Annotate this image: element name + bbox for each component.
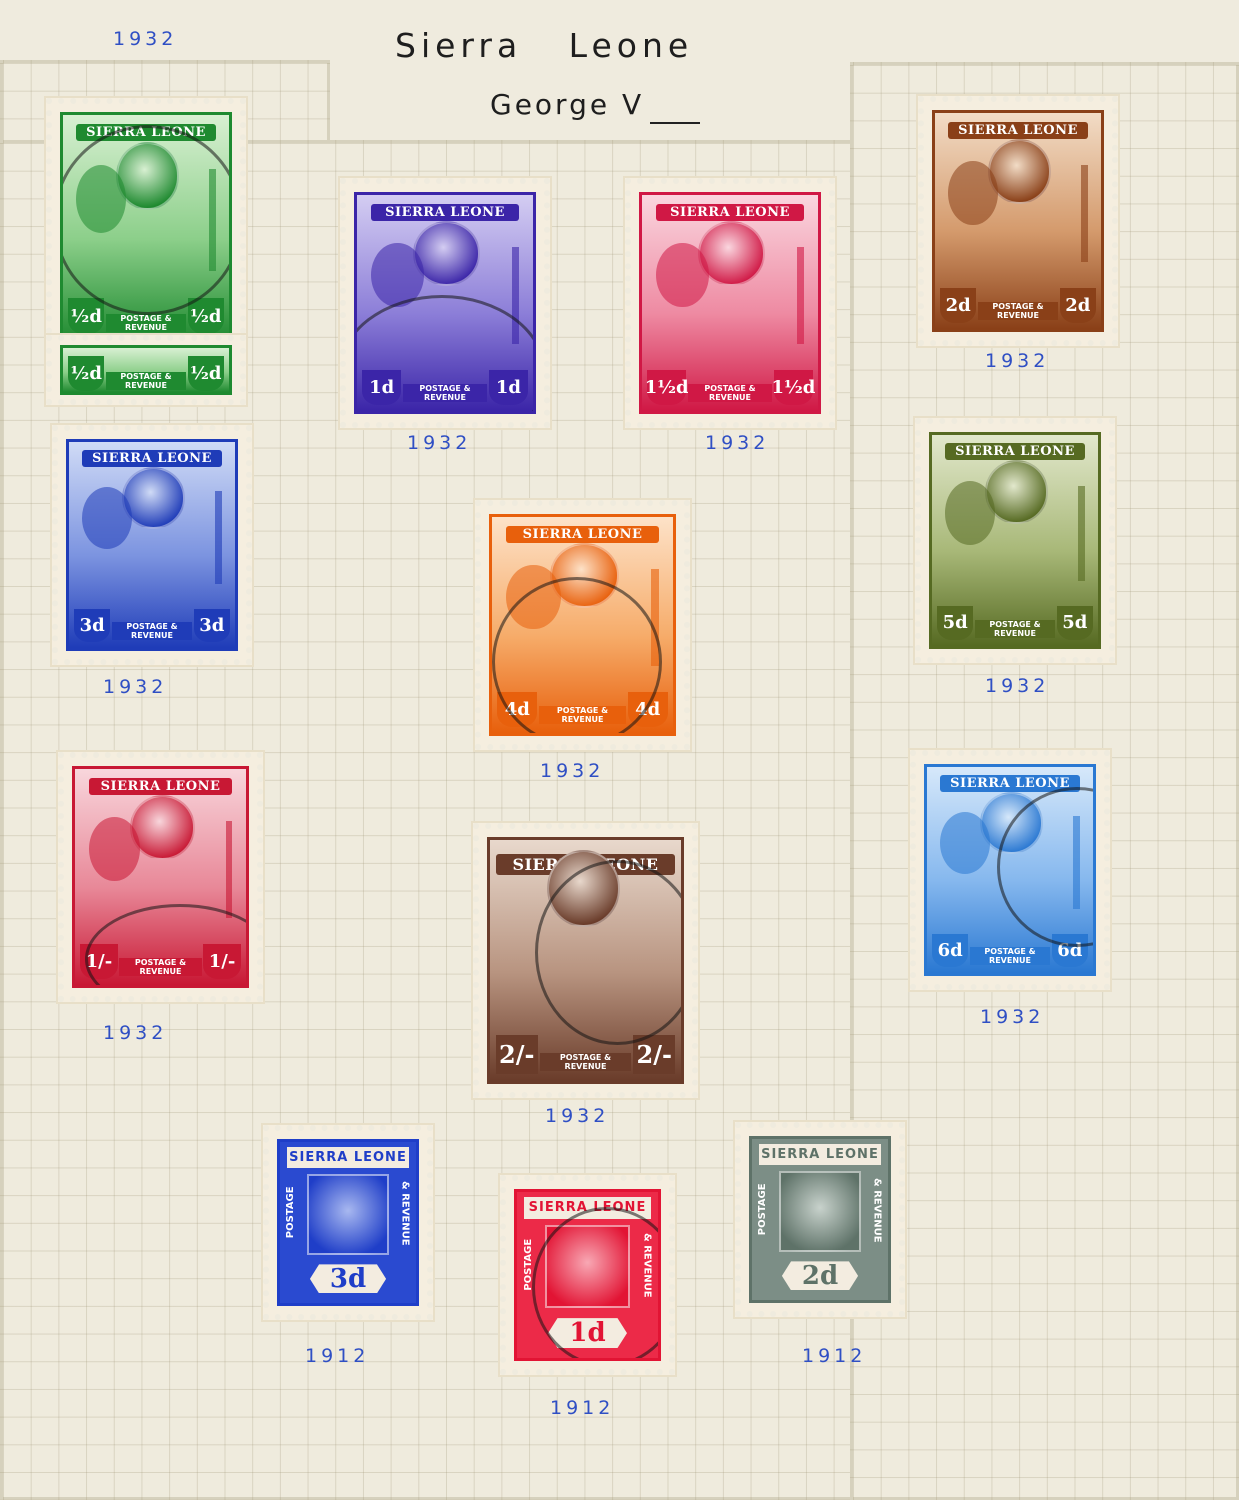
stamp-side-right: & REVENUE	[868, 1171, 883, 1248]
year-label: 1932	[985, 350, 1049, 372]
stamp-country: SIERRA LEONE	[89, 778, 233, 795]
stamp-side-left: POSTAGE	[757, 1171, 772, 1248]
stamp-2s: SIERRA LEONE 2/- 2/- POSTAGE & REVENUE	[473, 823, 698, 1098]
stamp-country: SIERRA LEONE	[948, 122, 1087, 139]
year-label: 1912	[305, 1345, 369, 1367]
stamp-caption: POSTAGE & REVENUE	[106, 314, 186, 332]
stamp-value: 2/-	[496, 1035, 538, 1074]
stamp-3d-1912: SIERRA LEONE POSTAGE & REVENUE 3d	[263, 1125, 433, 1320]
stamp-caption: POSTAGE & REVENUE	[978, 302, 1058, 320]
stamp-caption: POSTAGE & REVENUE	[106, 372, 186, 390]
year-label: 1932	[980, 1006, 1044, 1028]
king-portrait	[307, 1174, 389, 1255]
stamp-4d: SIERRA LEONE 4d 4d POSTAGE & REVENUE	[475, 500, 690, 750]
stamp-country: SIERRA LEONE	[371, 204, 519, 221]
tree	[940, 812, 990, 874]
stamp-2d: SIERRA LEONE 2d 2d POSTAGE & REVENUE	[918, 96, 1118, 346]
stamp-country: SIERRA LEONE	[759, 1144, 881, 1165]
postmark	[492, 577, 662, 736]
stamp-value: 5d	[937, 606, 974, 640]
stamp-value: 3d	[74, 609, 111, 642]
tree	[945, 481, 995, 544]
stamp-5d: SIERRA LEONE 5d 5d POSTAGE & REVENUE	[915, 418, 1115, 663]
stamp-value: ½d	[188, 356, 225, 391]
subtitle-underline	[650, 122, 700, 124]
stamp-country: SIERRA LEONE	[506, 526, 658, 543]
stamp-caption: POSTAGE & REVENUE	[688, 384, 773, 402]
stamp-value: 1½d	[774, 370, 813, 405]
stamp-6d: SIERRA LEONE 6d 6d POSTAGE & REVENUE	[910, 750, 1110, 990]
stamp-value: 1½d	[647, 370, 686, 405]
year-label: 1932	[113, 28, 177, 50]
stamp-country: SIERRA LEONE	[287, 1147, 409, 1168]
palm	[226, 821, 233, 918]
stamp-country: SIERRA LEONE	[945, 443, 1084, 460]
stamp-country: SIERRA LEONE	[656, 204, 804, 221]
year-label: 1912	[802, 1345, 866, 1367]
stamp-caption: POSTAGE & REVENUE	[970, 947, 1050, 965]
page-subtitle: George V	[490, 88, 644, 121]
year-label: 1932	[545, 1105, 609, 1127]
stamp-half-d: SIERRA LEONE ½d ½d POSTAGE & REVENUE	[46, 98, 246, 358]
stamp-caption: POSTAGE & REVENUE	[540, 1053, 632, 1071]
year-label: 1932	[407, 432, 471, 454]
tree	[656, 243, 709, 308]
year-label: 1932	[985, 675, 1049, 697]
tree	[89, 817, 140, 882]
stamp-1s: SIERRA LEONE 1/- 1/- POSTAGE & REVENUE	[58, 752, 263, 1002]
year-label: 1932	[540, 760, 604, 782]
king-portrait	[779, 1171, 861, 1252]
year-label: 1932	[103, 676, 167, 698]
stamp-side-left: POSTAGE	[285, 1174, 300, 1251]
palm	[215, 491, 222, 584]
palm	[1081, 165, 1088, 262]
stamp-1d: SIERRA LEONE 1d 1d POSTAGE & REVENUE	[340, 178, 550, 428]
postmark	[354, 295, 536, 414]
stamp-2d-1912: SIERRA LEONE POSTAGE & REVENUE 2d	[735, 1122, 905, 1317]
stamp-caption: POSTAGE & REVENUE	[112, 622, 192, 640]
stamp-caption: POSTAGE & REVENUE	[975, 620, 1055, 638]
year-label: 1932	[705, 432, 769, 454]
stamp-value: ½d	[68, 298, 105, 334]
tree	[82, 487, 132, 549]
stamp-side-right: & REVENUE	[396, 1174, 411, 1251]
page-title: Sierra Leone	[395, 26, 693, 65]
year-label: 1912	[550, 1397, 614, 1419]
postmark	[535, 860, 684, 1045]
year-label: 1932	[103, 1022, 167, 1044]
stamp-value: 6d	[932, 934, 969, 967]
palm	[1078, 486, 1085, 581]
stamp-value: 2d	[782, 1261, 858, 1290]
tree	[948, 161, 998, 226]
palm	[797, 247, 804, 344]
stamp-value: ½d	[68, 356, 105, 391]
stamp-value: 3d	[310, 1264, 386, 1293]
postmark	[85, 904, 249, 988]
stamp-value: 2d	[940, 288, 977, 323]
stamp-value: 5d	[1057, 606, 1094, 640]
stamp-value: 2d	[1060, 288, 1097, 323]
stamp-1d-1912: SIERRA LEONE POSTAGE & REVENUE 1d	[500, 1175, 675, 1375]
stamp-3d: SIERRA LEONE 3d 3d POSTAGE & REVENUE	[52, 425, 252, 665]
stamp-half-d-strip: ½d ½d POSTAGE & REVENUE	[46, 335, 246, 405]
stamp-country: SIERRA LEONE	[82, 450, 221, 467]
stamp-1-half-d: SIERRA LEONE 1½d 1½d POSTAGE & REVENUE	[625, 178, 835, 428]
stamp-value: 3d	[194, 609, 231, 642]
postmark	[60, 125, 232, 315]
